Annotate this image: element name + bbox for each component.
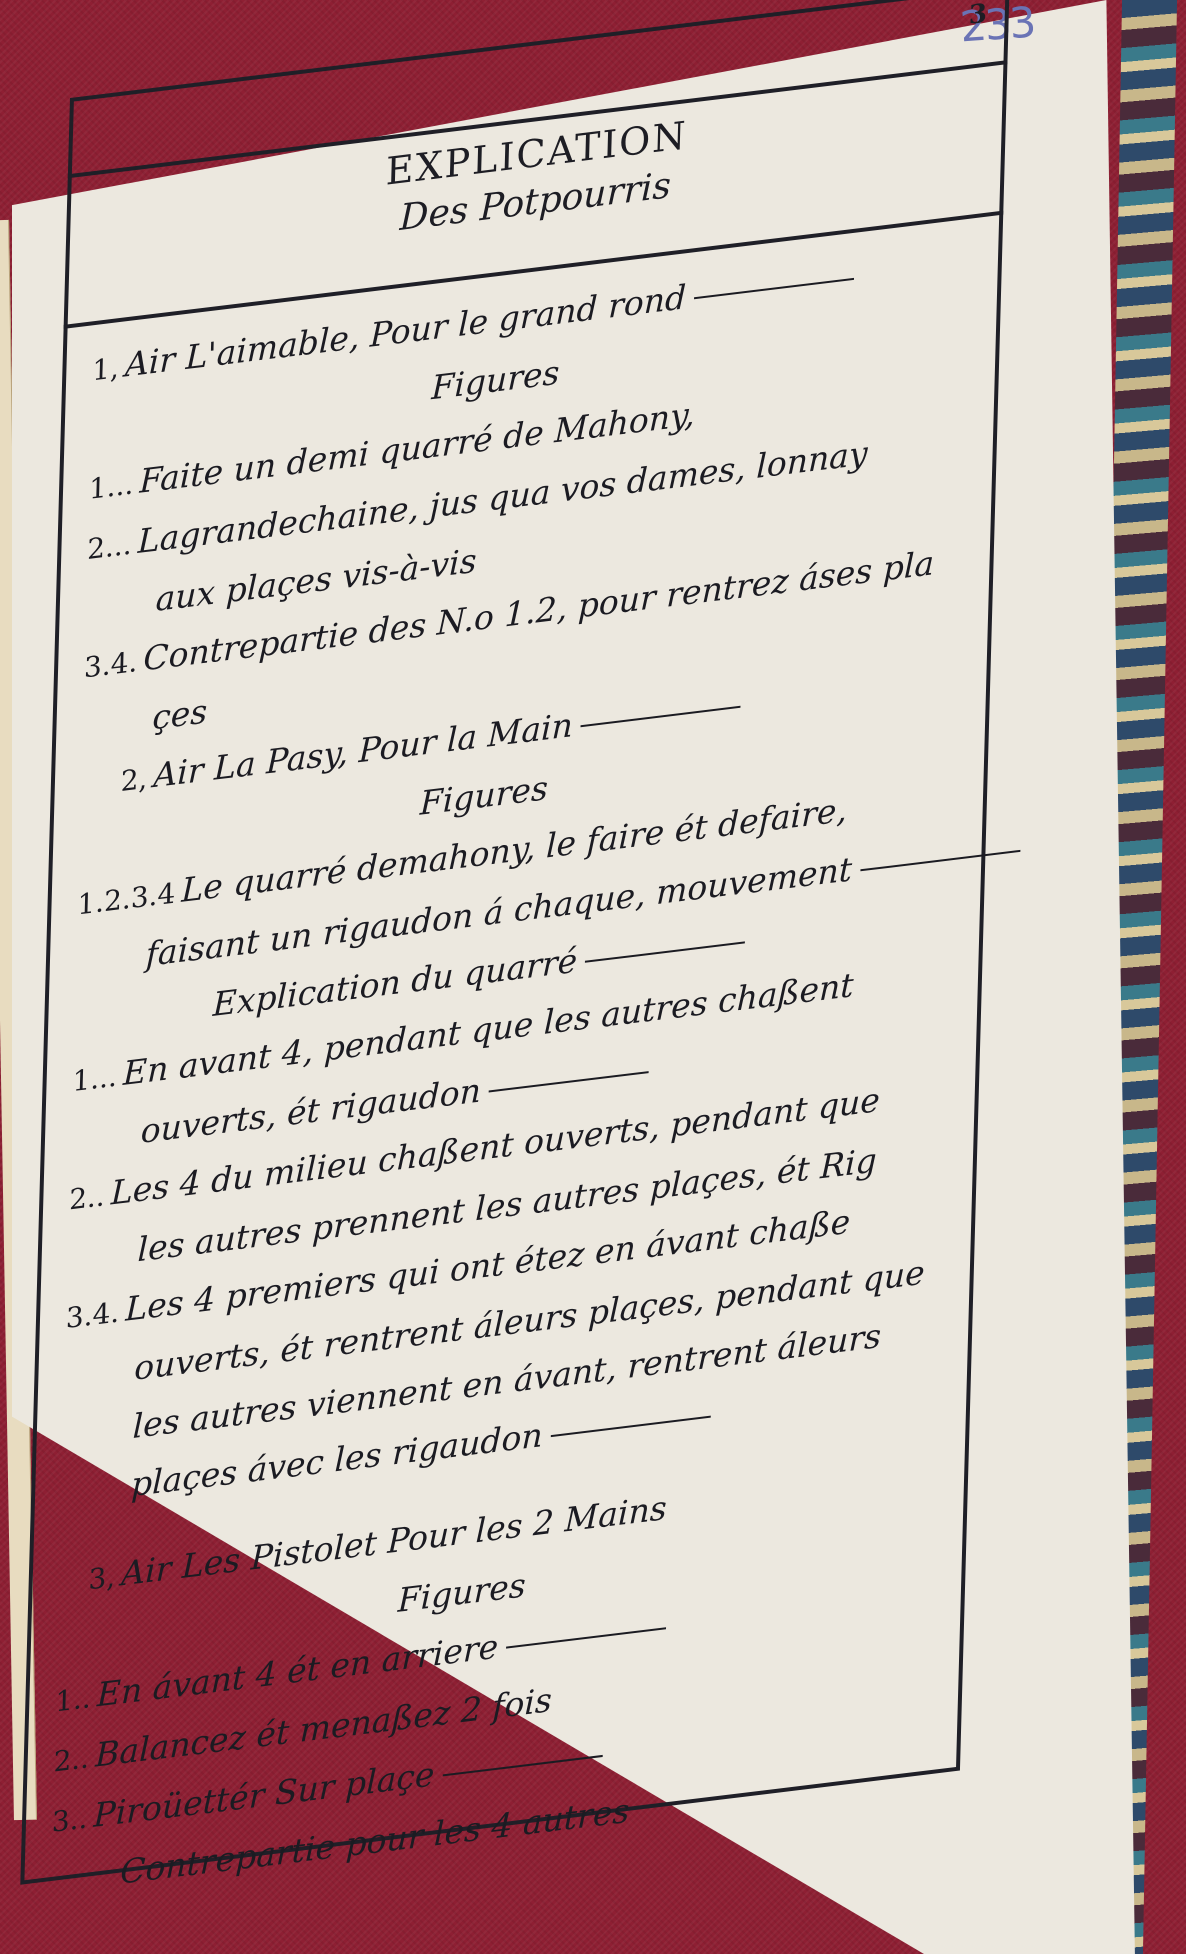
- flourish-rule: [694, 278, 854, 299]
- flourish-rule: [442, 1755, 602, 1776]
- flourish-rule: [506, 1627, 666, 1648]
- flourish-rule: [585, 941, 745, 962]
- flourish-rule: [581, 706, 741, 727]
- page-number: 3: [968, 0, 987, 31]
- page-frame: 3 EXPLICATION Des Potpourris 1,Air L'aim…: [20, 0, 1009, 1885]
- flourish-rule: [860, 850, 1020, 871]
- flourish-rule: [489, 1071, 649, 1092]
- flourish-rule: [551, 1416, 711, 1437]
- page-body: 1,Air L'aimable, Pour le grand rond Figu…: [49, 232, 982, 1910]
